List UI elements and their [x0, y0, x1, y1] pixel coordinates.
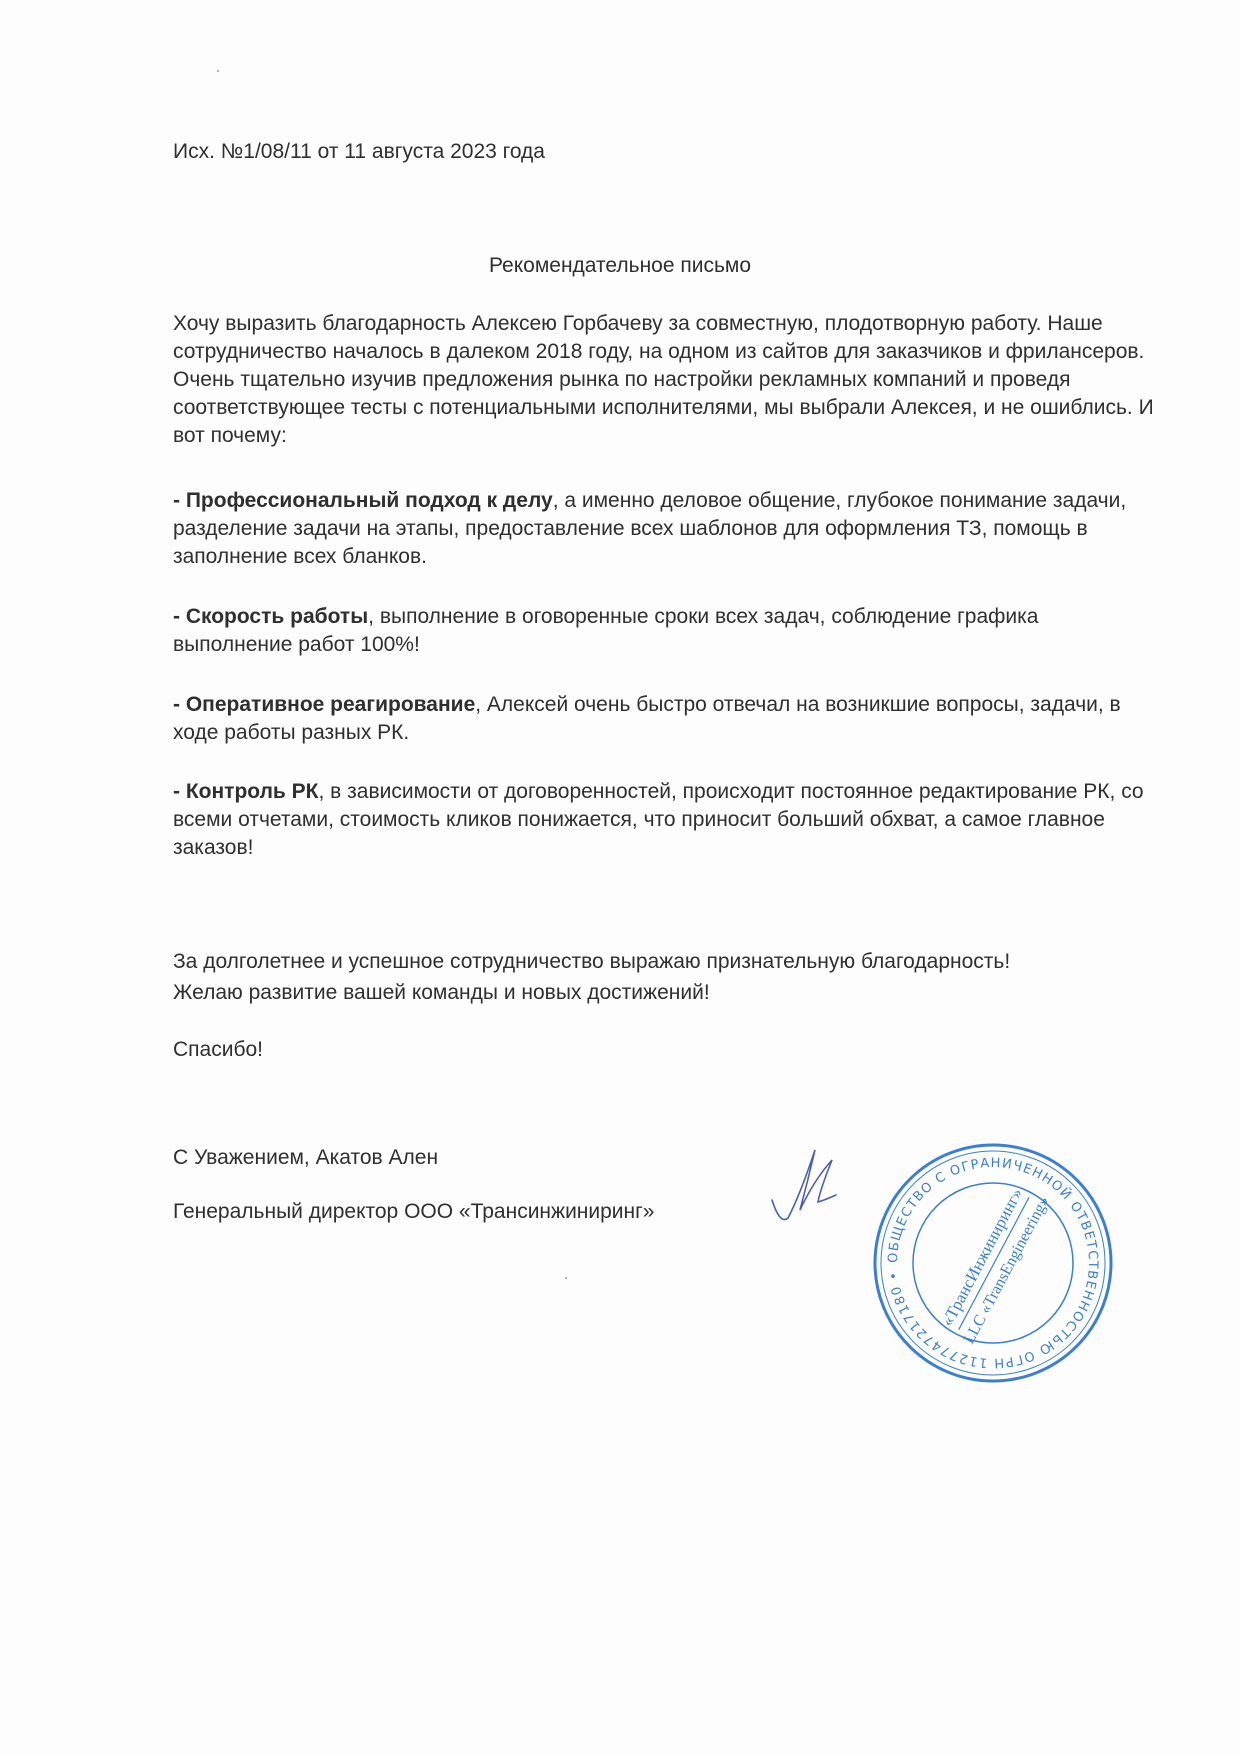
point-professional: - Профессиональный подход к делу, а имен…: [173, 487, 1158, 571]
point-responsiveness: - Оперативное реагирование, Алексей очен…: [173, 691, 1158, 747]
letter-title: Рекомендательное письмо: [0, 254, 1240, 278]
point-heading: - Оперативное реагирование: [173, 693, 475, 716]
closing-wishes: Желаю развитие вашей команды и новых дос…: [173, 979, 1158, 1007]
thanks-line: Спасибо!: [173, 1036, 1158, 1064]
outgoing-reference: Исх. №1/08/11 от 11 августа 2023 года: [173, 140, 545, 164]
company-stamp: ОБЩЕСТВО С ОГРАНИЧЕННОЙ ОТВЕТСТВЕННОСТЬЮ…: [868, 1138, 1118, 1393]
point-control: - Контроль РК, в зависимости от договоре…: [173, 778, 1158, 862]
point-heading: - Контроль РК: [173, 780, 318, 803]
scan-speck: [565, 1277, 567, 1279]
point-text: , в зависимости от договоренностей, прои…: [173, 780, 1144, 859]
scan-speck: [217, 70, 219, 72]
point-heading: - Профессиональный подход к делу: [173, 489, 553, 512]
point-speed: - Скорость работы, выполнение в оговорен…: [173, 603, 1158, 659]
intro-paragraph: Хочу выразить благодарность Алексею Горб…: [173, 310, 1158, 450]
point-heading: - Скорость работы: [173, 605, 368, 628]
handwritten-signature: [770, 1140, 840, 1235]
closing-gratitude: За долголетнее и успешное сотрудничество…: [173, 948, 1158, 976]
